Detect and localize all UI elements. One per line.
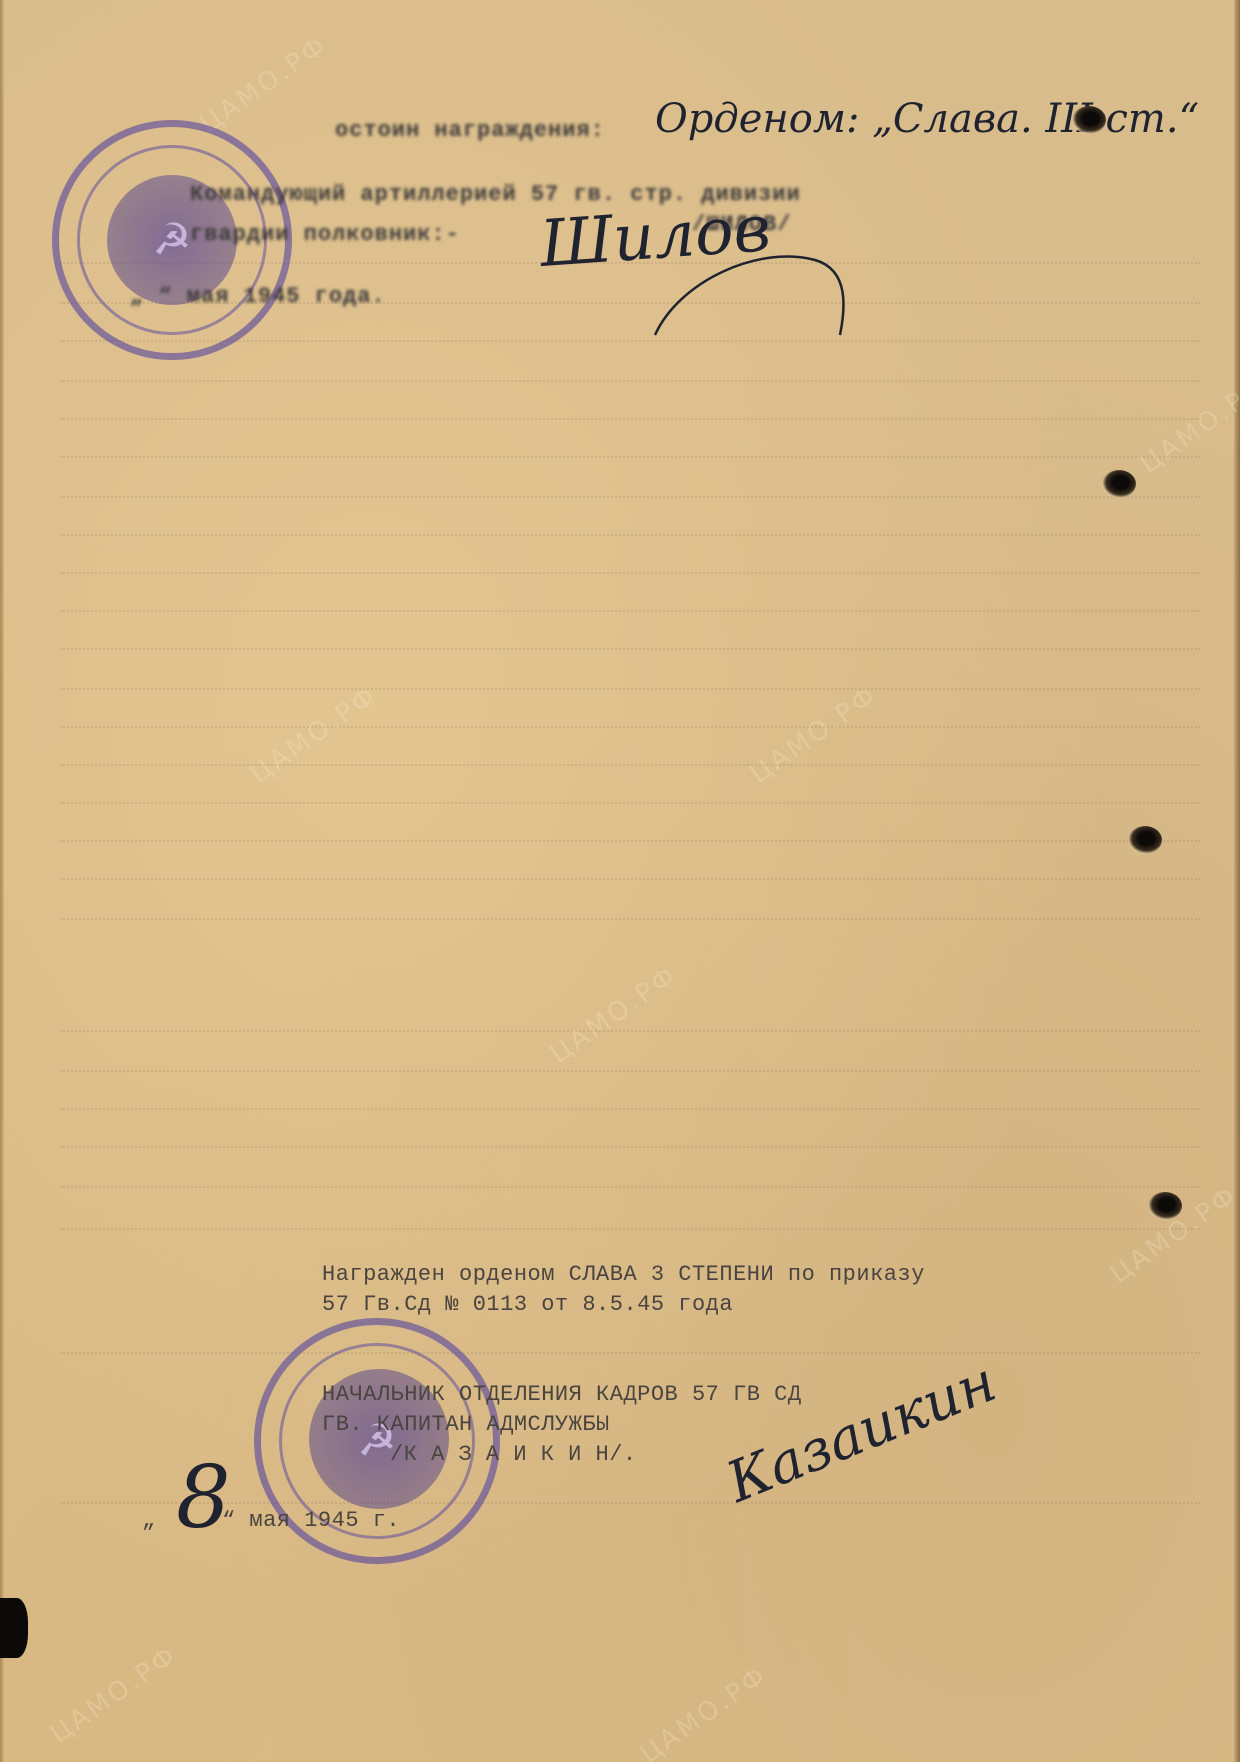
- award-order-line1: Награжден орденом СЛАВА 3 СТЕПЕНИ по при…: [322, 1262, 925, 1287]
- show-through-line: [60, 1108, 1200, 1110]
- show-through-line: [60, 878, 1200, 880]
- show-through-line: [60, 726, 1200, 728]
- watermark: ЦАМО.РФ: [545, 960, 684, 1070]
- show-through-line: [60, 1030, 1200, 1032]
- show-through-line: [60, 1502, 1200, 1504]
- show-through-line: [60, 610, 1200, 612]
- watermark: ЦАМО.РФ: [635, 1660, 774, 1762]
- hr-chief-title: НАЧАЛЬНИК ОТДЕЛЕНИЯ КАДРОВ 57 ГВ СД: [322, 1382, 802, 1407]
- hr-chief-signature: Казаикин: [718, 1349, 1005, 1515]
- show-through-line: [60, 534, 1200, 536]
- date-day-handwritten: 8: [176, 1448, 231, 1548]
- punch-hole: [1102, 470, 1136, 498]
- punch-hole: [1072, 106, 1106, 134]
- torn-edge: [0, 1598, 28, 1658]
- show-through-line: [60, 572, 1200, 574]
- show-through-line: [60, 496, 1200, 498]
- watermark: ЦАМО.РФ: [1135, 370, 1240, 480]
- punch-hole: [1128, 826, 1162, 854]
- hr-chief-name: /К А З А И К И Н/.: [390, 1442, 637, 1467]
- page-left-edge: [0, 0, 4, 1762]
- watermark: ЦАМО.РФ: [245, 680, 384, 790]
- award-order-line2: 57 Гв.Сд № 0113 от 8.5.45 года: [322, 1292, 733, 1317]
- show-through-line: [60, 688, 1200, 690]
- signature-flourish: [640, 240, 860, 350]
- watermark: ЦАМО.РФ: [45, 1640, 184, 1750]
- show-through-line: [60, 1070, 1200, 1072]
- show-through-line: [60, 1186, 1200, 1188]
- watermark: ЦАМО.РФ: [745, 680, 884, 790]
- soviet-emblem-icon: ☭: [152, 215, 191, 266]
- date-open-quote: „: [142, 1508, 156, 1533]
- show-through-line: [60, 456, 1200, 458]
- hr-chief-rank: ГВ. КАПИТАН АДМСЛУЖБЫ: [322, 1412, 610, 1437]
- archival-document-page: ЦАМО.РФ ЦАМО.РФ ЦАМО.РФ ЦАМО.РФ ЦАМО.РФ …: [0, 0, 1240, 1762]
- watermark: ЦАМО.РФ: [195, 30, 334, 140]
- show-through-line: [60, 1228, 1200, 1230]
- page-right-edge: [1234, 0, 1240, 1762]
- date-bottom: “ мая 1945 г.: [222, 1508, 400, 1533]
- show-through-line: [60, 764, 1200, 766]
- award-heading: остоин награждения:: [335, 118, 605, 143]
- show-through-line: [60, 1146, 1200, 1148]
- date-line-top: „ “ мая 1945 года.: [130, 284, 386, 309]
- show-through-line: [60, 802, 1200, 804]
- show-through-line: [60, 1352, 1200, 1354]
- show-through-line: [60, 380, 1200, 382]
- punch-hole: [1148, 1192, 1182, 1220]
- commander-rank: гвардии полковник:-: [190, 222, 460, 247]
- show-through-line: [60, 918, 1200, 920]
- award-handwritten: Орденом: „Слава. III ст.“: [655, 96, 1199, 142]
- show-through-line: [60, 418, 1200, 420]
- show-through-line: [60, 840, 1200, 842]
- show-through-line: [60, 648, 1200, 650]
